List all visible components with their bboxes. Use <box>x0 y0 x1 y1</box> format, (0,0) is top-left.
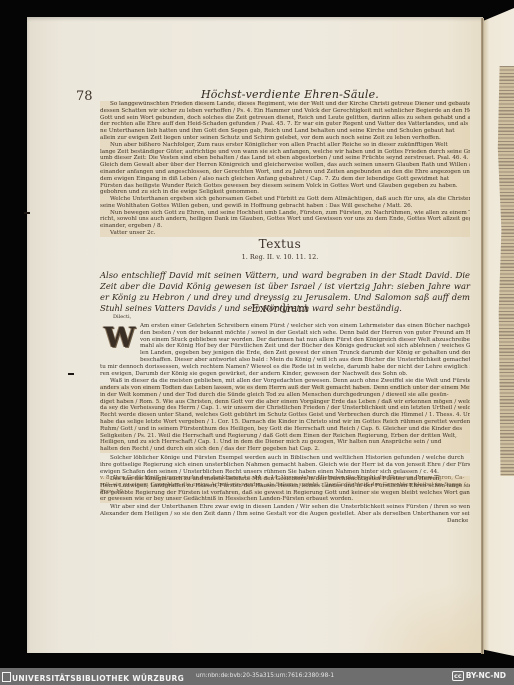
library-logo[interactable]: UNIVERSITÄTSBIBLIOTHEK WÜRZBURG <box>2 672 184 683</box>
exordium-text: tu mir dennoch dorissessen, welch rechte… <box>100 364 470 384</box>
text-line: Gleich dem Gewalt aber über der Herren K… <box>100 162 470 169</box>
library-logo-icon <box>2 672 11 682</box>
text-line: in der Welt kommen / und der Tod durch d… <box>100 392 470 399</box>
text-line: richt, sowohl uns auch andern, heiligen … <box>100 216 470 223</box>
exordium-text-stained: anders als von einem Todten das Leben la… <box>100 385 470 453</box>
text-line: ihre gottselige Regierung sich einen uns… <box>100 462 470 469</box>
text-line: Am ersten einer Gelehrten Schreibern ein… <box>140 323 470 330</box>
library-name: UNIVERSITÄTSBIBLIOTHEK WÜRZBURG <box>12 674 184 683</box>
text-line: er gewesen wie er bey unser Gedächtniß i… <box>100 496 470 503</box>
textus-heading: Textus <box>200 237 360 251</box>
text-line: da sey die Verheissung des Herrn / Cap. … <box>100 405 470 412</box>
text-line: len Landen, gegeben bey jenigen die Erde… <box>140 350 470 357</box>
text-line: allein zur ewigen Zeit liegen unter sein… <box>100 135 470 142</box>
opening-text: So langgewünschten Frieden diesem Lande,… <box>100 101 470 196</box>
text-line: ren ewigen, Darumb der König sie gegen g… <box>100 371 470 378</box>
exordium-text-indented: Am ersten einer Gelehrten Schreibern ein… <box>140 323 470 364</box>
text-line: von einem Stuck geblieben war worden. De… <box>140 337 470 344</box>
creative-commons-icon: cc <box>452 671 464 681</box>
text-line: Recht werde diesen unter Stand, welches … <box>100 412 470 419</box>
text-line: Solcher löblicher Könige und Fürsten Exe… <box>100 455 470 462</box>
facing-page-right <box>483 8 514 656</box>
running-head: Höchst-verdiente Ehren-Säule. <box>170 88 410 101</box>
text-line: Seligkeiten / Ps. 21. Weil die Herrschaf… <box>100 433 470 440</box>
book-gutter <box>481 18 484 654</box>
text-line: tu mir dennoch dorissessen, welch rechte… <box>100 364 470 371</box>
text-line: Welche Unterthanen ergeben sich gehorsam… <box>100 196 470 203</box>
text-line: anders als von einem Todten das Leben la… <box>100 385 470 392</box>
license-label: BY-NC-ND <box>466 671 506 680</box>
text-line: Wir aber sind der Unterthanen Ehre zwar … <box>100 504 470 511</box>
text-line: Ruhm/ Gott / und in seinem Fürstenthum d… <box>100 426 470 433</box>
text-line: umb dieser Zeit: Die Vesten sind eben be… <box>100 155 470 162</box>
viewer-footer: UNIVERSITÄTSBIBLIOTHEK WÜRZBURG urn:nbn:… <box>0 668 514 685</box>
text-line: dem ewigen Eingang in diß Leben / also n… <box>100 176 470 183</box>
exordium-heading: Exordium <box>200 302 360 315</box>
text-line: Alexander dem Heiligen / so sie den Zeit… <box>100 511 470 518</box>
text-line: einander, ergeben / 8. <box>100 223 470 230</box>
text-line: Waß in dieser da die meisten geblieben, … <box>100 378 470 385</box>
text-line: beschaffen. Dieser aber antwortet also b… <box>140 357 470 364</box>
exordium-text-3: Des kan die Königin auch zu und meiste G… <box>100 476 470 503</box>
text-line: Vatter unser 2c. <box>100 230 470 237</box>
text-line: diget haben / Rom. 5. Wie aus Christen, … <box>100 399 470 406</box>
text-line: lange Zeit beständiger Güter, aufrichtig… <box>100 149 470 156</box>
scan-artifact <box>24 212 30 214</box>
text-line: Nun bewegen sich Gott zu Ehren, und sein… <box>100 210 470 217</box>
facing-page-text <box>496 66 514 476</box>
text-line: Nun aber bißhero Nachfolger, Zum raus er… <box>100 142 470 149</box>
text-line: die geliebte Regierung der Fürsten ist v… <box>100 490 470 497</box>
exordium-text-4: Wir aber sind der Unterthanen Ehre zwar … <box>100 504 470 518</box>
urn-identifier: urn:nbn:de:bvb:20-35a315:urn:7616:2380:9… <box>196 673 334 679</box>
text-line: der rechten alle Ehre auff den Heid-Scha… <box>100 121 470 128</box>
text-line: Herrn Ludwigen, Landgraffen zu Hessen, F… <box>100 483 470 490</box>
text-line: dessen Schatten wir sicher zu leben verh… <box>100 108 470 115</box>
text-line: So langgewünschten Frieden diesem Lande,… <box>100 101 470 108</box>
text-line: Fürsten das heiligste Wunder Reich Gotte… <box>100 183 470 190</box>
text-line: den besten / von der bekannt möchte / so… <box>140 330 470 337</box>
license-badge[interactable]: ccBY-NC-ND <box>452 671 506 681</box>
decorated-initial: W <box>104 323 134 353</box>
text-line: seine Wohlthaten Gottes Willen geben, un… <box>100 203 470 210</box>
text-line: halten den Recht / und durch ein sich de… <box>100 446 470 453</box>
prayer-text: Welche Unterthanen ergeben sich gehorsam… <box>100 196 470 237</box>
text-line: Des kan die Königin auch zu und meiste G… <box>100 476 470 483</box>
page-number: 78 <box>76 89 93 104</box>
text-line: mahl als der König Hof bey der Fürstlich… <box>140 343 470 350</box>
marginal-label: Dilecti, <box>113 314 131 320</box>
text-line: ne Unterthanen lieb hatten und ihm Gott … <box>100 128 470 135</box>
text-line: habe das selige letzte Wort vergeben / 1… <box>100 419 470 426</box>
text-line: ewigen Schafen den seinen / Unsterbliche… <box>100 469 470 476</box>
catchword: Dancke <box>447 518 468 524</box>
scan-background: 78 Höchst-verdiente Ehren-Säule. So lang… <box>0 0 514 668</box>
text-line: Heiligen, und zu sich Herrschaft / Cap. … <box>100 439 470 446</box>
textus-reference: 1. Reg. II. v. 10. 11. 12. <box>200 253 360 261</box>
scan-artifact <box>68 373 74 375</box>
text-line: einander anfangen und angeschlossen, der… <box>100 169 470 176</box>
text-line: Gott und sein Wort gebunden, doch solche… <box>100 115 470 122</box>
